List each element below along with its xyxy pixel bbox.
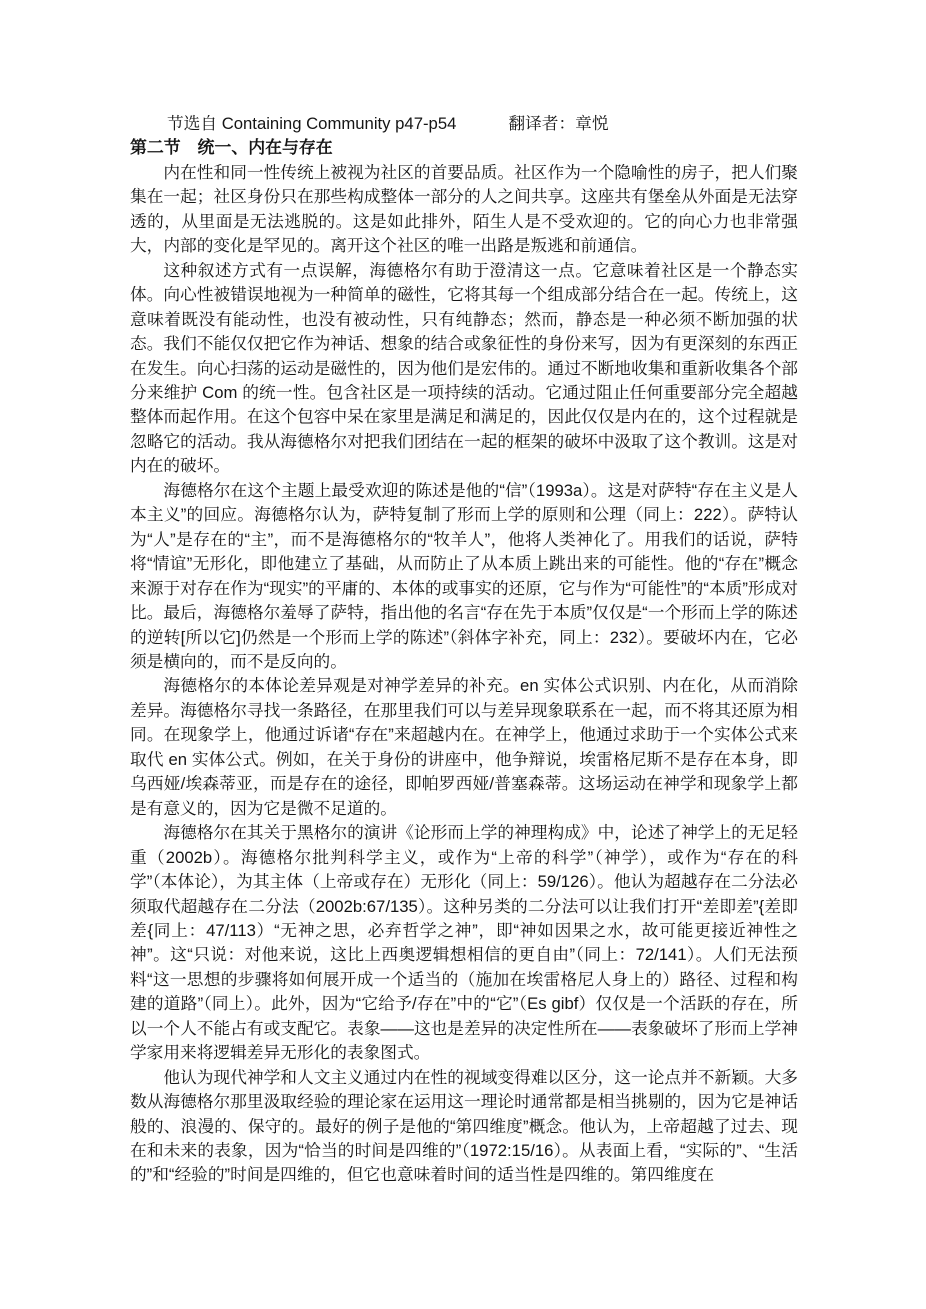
body-paragraph: 这种叙述方式有一点误解，海德格尔有助于澄清这一点。它意味着社区是一个静态实体。向… bbox=[130, 259, 798, 479]
source-title: 节选自 Containing Community p47-p54 bbox=[167, 114, 456, 133]
body-text: 内在性和同一性传统上被视为社区的首要品质。社区作为一个隐喻性的房子，把人们聚集在… bbox=[130, 161, 798, 1188]
body-paragraph: 海德格尔的本体论差异观是对神学差异的补充。en 实体公式识别、内在化，从而消除差… bbox=[130, 674, 798, 821]
body-paragraph: 海德格尔在这个主题上最受欢迎的陈述是他的“信”（1993a）。这是对萨特“存在主… bbox=[130, 479, 798, 675]
document-page: 节选自 Containing Community p47-p54翻译者：章悦 第… bbox=[130, 112, 798, 1188]
body-paragraph: 海德格尔在其关于黑格尔的演讲《论形而上学的神理构成》中，论述了神学上的无足轻重（… bbox=[130, 821, 798, 1066]
doc-header: 节选自 Containing Community p47-p54翻译者：章悦 bbox=[130, 112, 798, 136]
translator-credit: 翻译者：章悦 bbox=[508, 114, 608, 133]
body-paragraph: 他认为现代神学和人文主义通过内在性的视域变得难以区分，这一论点并不新颖。大多数从… bbox=[130, 1066, 798, 1188]
section-heading: 第二节 统一、内在与存在 bbox=[130, 136, 798, 160]
body-paragraph: 内在性和同一性传统上被视为社区的首要品质。社区作为一个隐喻性的房子，把人们聚集在… bbox=[130, 161, 798, 259]
